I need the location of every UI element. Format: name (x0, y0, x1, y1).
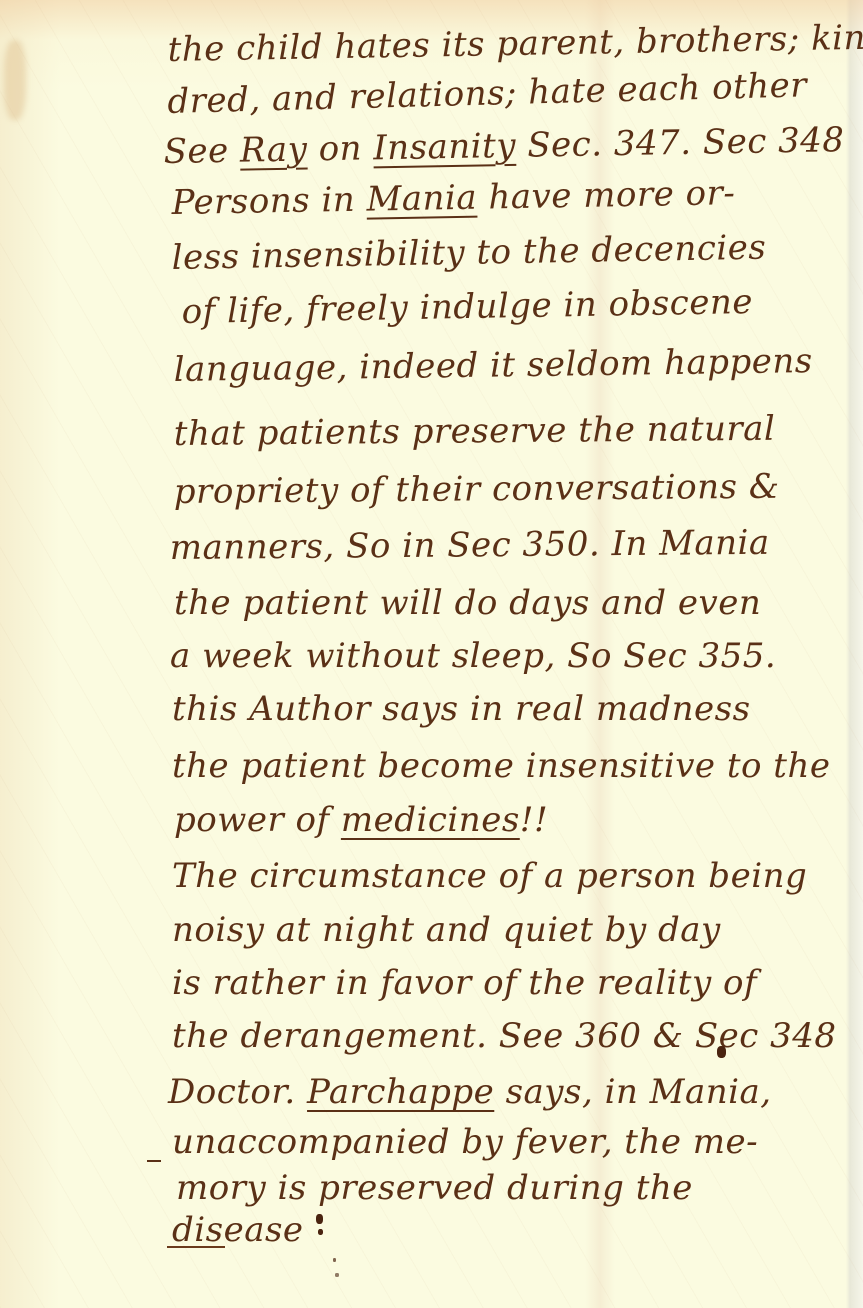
manuscript-line-6: of life, freely indulge in obscene (181, 282, 753, 332)
manuscript-line-3: See Ray on Insanity Sec. 347. Sec 348 (163, 120, 845, 172)
manuscript-line-14: the patient become insensitive to the (172, 746, 830, 786)
manuscript-line-9: propriety of their conversations & (174, 467, 780, 512)
ink-blot (318, 1229, 323, 1235)
manuscript-line-15: power of medicines!! (174, 800, 548, 840)
title-insanity-underlined: Insanity (373, 126, 516, 168)
author-ray-underlined: Ray (240, 129, 308, 170)
manuscript-line-4: Persons in Mania have more or- (171, 173, 735, 223)
on-text: on (307, 128, 374, 169)
manuscript-line-20: Doctor. Parchappe says, in Mania, (168, 1072, 772, 1112)
ink-blot (335, 1273, 339, 1277)
manuscript-line-11: the patient will do days and even (174, 583, 761, 623)
manuscript-line-22: mory is preserved during the (176, 1168, 693, 1208)
manuscript-line-1: the child hates its parent, brothers; ki… (167, 17, 863, 70)
manuscript-line-10: manners, So in Sec 350. In Mania (170, 523, 770, 568)
doctor-text: Doctor. (168, 1072, 307, 1112)
manuscript-line-21: unaccompanied by fever, the me- (172, 1122, 758, 1162)
power-of-text: power of (174, 800, 341, 840)
manuscript-line-16: The circumstance of a person being (172, 856, 807, 896)
says-in-mania-text: says, in Mania, (494, 1072, 771, 1112)
exclamation-text: !! (520, 800, 548, 840)
paper-stain (4, 40, 26, 120)
persons-in-text: Persons in (171, 180, 367, 223)
mania-underlined: Mania (366, 178, 477, 220)
manuscript-line-23: disease (172, 1210, 304, 1250)
ink-blot (333, 1258, 336, 1262)
manuscript-line-13: this Author says in real madness (172, 689, 751, 729)
manuscript-line-2: dred, and relations; hate each other (167, 65, 808, 122)
manuscript-line-18: is rather in favor of the reality of (172, 963, 757, 1003)
manuscript-line-19: the derangement. See 360 & Sec 348 (172, 1016, 837, 1056)
manuscript-line-5: less insensibility to the decencies (171, 228, 766, 278)
manuscript-line-17: noisy at night and quiet by day (172, 910, 721, 950)
manuscript-line-7: language, indeed it seldom happens (173, 341, 813, 390)
section-reference: Sec. 347. Sec 348 (516, 120, 845, 166)
ink-blot (316, 1214, 323, 1224)
manuscript-line-8: that patients preserve the natural (174, 409, 776, 454)
parchappe-underlined: Parchappe (307, 1072, 494, 1112)
ink-blot (717, 1046, 726, 1058)
margin-dash-mark (147, 1160, 161, 1162)
have-more-text: have more or- (477, 173, 736, 218)
end-of-text-rule (167, 1246, 225, 1248)
manuscript-line-12: a week without sleep, So Sec 355. (170, 636, 776, 676)
manuscript-page: the child hates its parent, brothers; ki… (0, 0, 863, 1308)
medicines-underlined: medicines (341, 800, 520, 840)
see-text: See (163, 131, 240, 172)
